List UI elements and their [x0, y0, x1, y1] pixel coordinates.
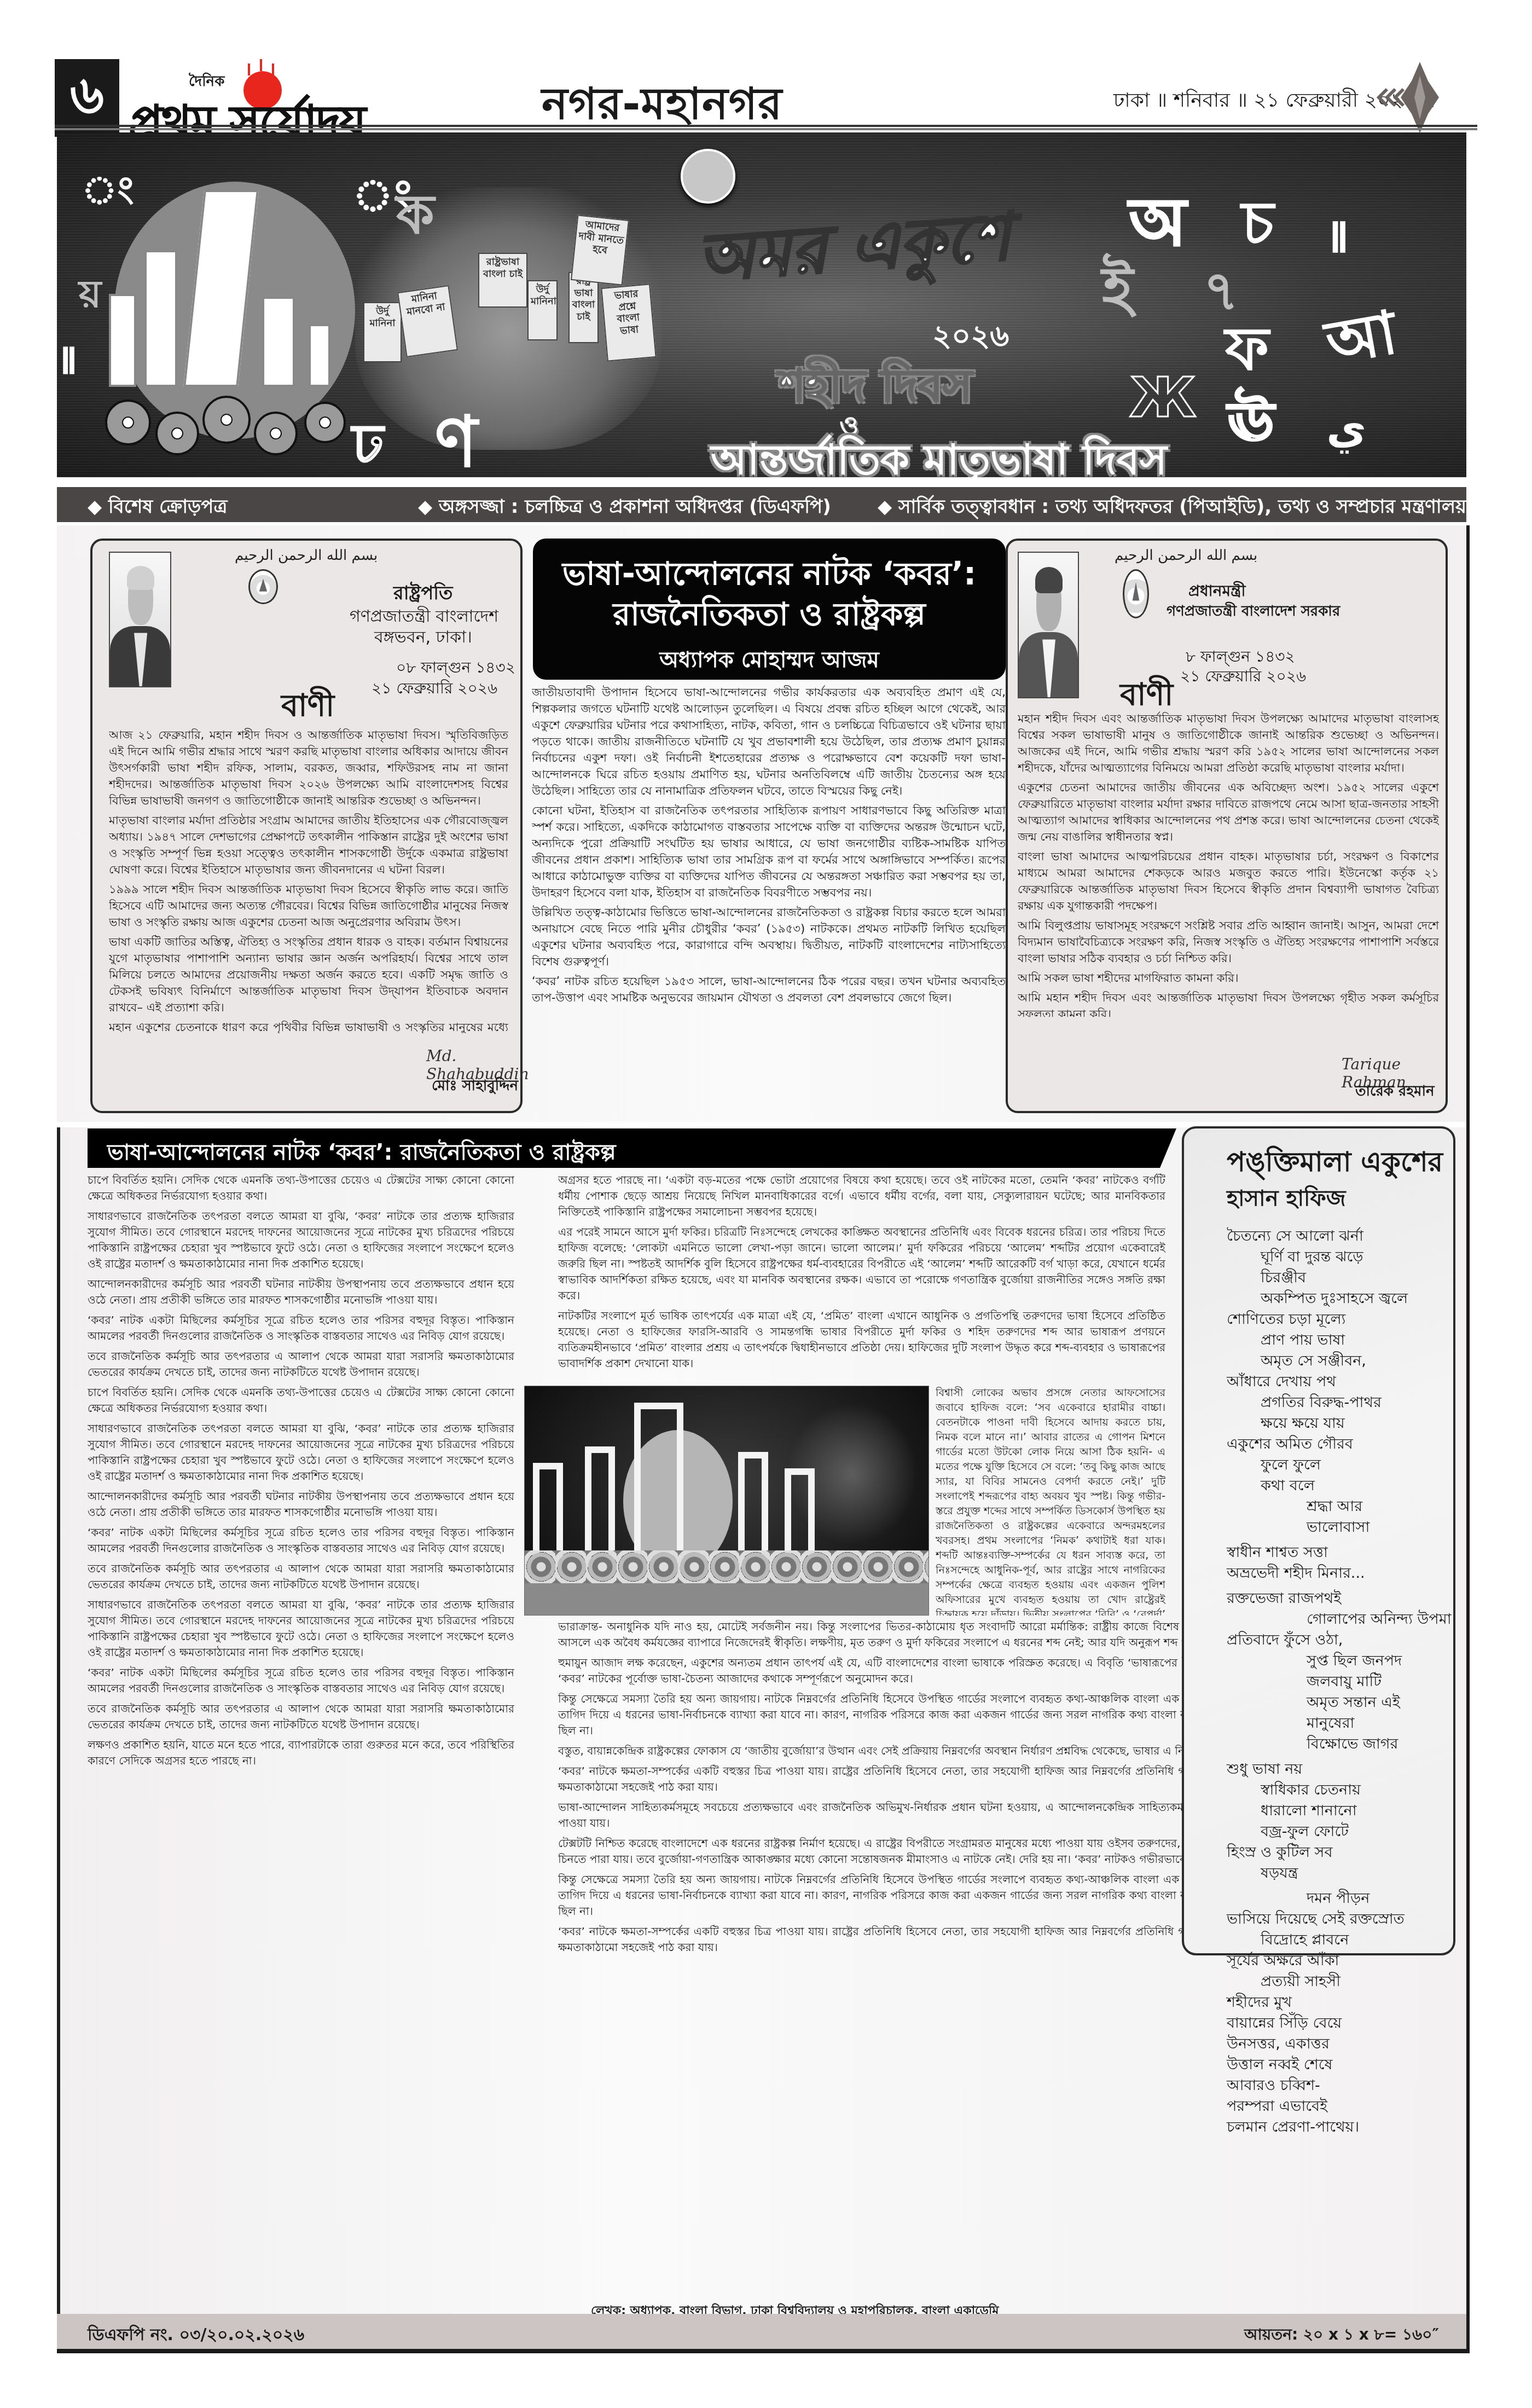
feature-intro-body: জাতীয়তাবাদী উপাদান হিসেবে ভাষা-আন্দোলনে…: [532, 684, 1006, 1116]
poem-line: ষড়যন্ত্র: [1227, 1863, 1446, 1884]
poem-line: ধারালো শানানো: [1227, 1801, 1446, 1821]
decor-glyph: ক: [396, 187, 434, 242]
poem-line: দমন পীড়ন: [1227, 1888, 1446, 1909]
poem-line: অমৃত সন্তান এই: [1227, 1692, 1446, 1713]
banner-line2: আন্তর্জাতিক মাতৃভাষা দিবস: [711, 428, 1167, 477]
pm-message-box: بسم الله الرحمن الرحيم প্রধানমন্ত্রী গণপ…: [1006, 539, 1448, 1113]
decor-glyph: ৷৷: [1332, 215, 1347, 258]
president-photo: [109, 552, 171, 687]
ekushe-banner: উর্দু মানিনা মানিনা মানবো না রাষ্ট্রভাষা…: [57, 132, 1466, 477]
poem-line: ভাসিয়ে দিয়েছে সেই রক্তস্রোত: [1227, 1909, 1446, 1930]
placard: আমাদের দাবী মানতে হবে: [571, 215, 629, 285]
decor-glyph: ণ: [434, 406, 478, 477]
poem-line: শোণিতের চড়া মূল্যে: [1227, 1309, 1446, 1330]
poem-line: গোলাপের অনিন্দ্য উপমা: [1227, 1609, 1446, 1630]
poem-line: কথা বলে: [1227, 1475, 1446, 1496]
feature-title-line2: রাজনৈতিকতা ও রাষ্ট্রকল্প: [533, 590, 1006, 643]
placard: রাষ্ট্র ভাষা বাংলা চাই: [568, 272, 599, 343]
decor-glyph: ي: [1326, 406, 1366, 450]
president-name: মোঃ সাহাবুদ্দিন: [432, 1074, 518, 1098]
message-heading: বাণী: [281, 682, 334, 733]
president-message-box: بسم الله الرحمن الرحيم রাষ্ট্রপতি গণপ্রজ…: [90, 539, 523, 1113]
poem-title: পঙ্‌ক্তিমালা একুশের: [1227, 1142, 1443, 1187]
poem-line: ফুলে ফুলে: [1227, 1455, 1446, 1475]
poem-line: আবারও চব্বিশ-: [1227, 2075, 1446, 2096]
poem-line: প্রতিবাদে ফুঁসে ওঠা,: [1227, 1630, 1446, 1651]
shaheed-minar-photo: [524, 1386, 929, 1616]
poem-line: একুশের অমিত গৌরব: [1227, 1434, 1446, 1455]
government-seal-icon: [681, 149, 735, 204]
poem-line: আঁধারে দেখায় পথ: [1227, 1371, 1446, 1392]
poem-line: সূর্যের অক্ষরে আঁকা: [1227, 1950, 1446, 1971]
feature-title-box: ভাষা-আন্দোলনের নাটক ‘কবর’: রাজনৈতিকতা ও …: [533, 539, 1006, 680]
pm-name: তারেক রহমান: [1355, 1080, 1435, 1104]
design-credit: ◆ অঙ্গসজ্জা : চলচ্চিত্র ও প্রকাশনা অধিদপ…: [418, 493, 831, 524]
poem-line: সুপ্ত ছিল জনপদ: [1227, 1651, 1446, 1671]
decor-glyph: ৭: [1203, 264, 1239, 319]
decor-glyph: ঢ: [352, 417, 384, 472]
placard: ভাষার প্রশ্নে বাংলা ভাষা: [601, 283, 656, 361]
banner-headline-script: অমর একুশে: [695, 204, 1013, 291]
footer-rule: [57, 2349, 1466, 2353]
poem-line: অমৃত সে সঞ্জীবন,: [1227, 1351, 1446, 1371]
poem-line: বিদ্রোহে প্লাবনে: [1227, 1930, 1446, 1950]
poem-line: ভালোবাসা: [1227, 1517, 1446, 1538]
article-column-left: চাপে বিবর্তিত হয়নি। সেদিক থেকে এমনকি তথ…: [88, 1172, 514, 2297]
poem-line: স্বাধিকার চেতনায়: [1227, 1780, 1446, 1801]
poem-author: হাসান হাফিজ: [1227, 1181, 1346, 1218]
poem-line: শুধু ভাষা নয়: [1227, 1759, 1446, 1780]
placard: রাষ্ট্রভাষা বাংলা চাই: [478, 253, 527, 308]
poem-line: স্বাধীন শাশ্বত সত্তা: [1227, 1542, 1446, 1563]
poem-lines: চৈতন্যে সে আলো ঝর্নাঘূর্ণি বা দুরন্ত ঝড়…: [1227, 1226, 1446, 2138]
decor-glyph: ই: [1102, 258, 1133, 319]
poem-line: বজ্র-ফুল ফোটে: [1227, 1821, 1446, 1842]
president-message-body: আজ ২১ ফেব্রুয়ারি, মহান শহীদ দিবস ও আন্ত…: [109, 727, 508, 1033]
placard: উর্দু মানিনা: [527, 280, 558, 340]
article-column-mid-top: অগ্রসর হতে পারছে না। ‘একটা বড়-মতের পক্ষ…: [558, 1172, 1165, 1380]
banner-line1: শহীদ দিবস: [779, 351, 972, 426]
president-emblem-icon: [248, 569, 278, 604]
date-gregorian: ২১ ফেব্রুয়ারি ২০২৬: [1180, 664, 1306, 690]
bismillah-text: بسم الله الرحمن الرحيم: [235, 547, 378, 564]
decor-glyph: চ: [1241, 193, 1274, 253]
decor-glyph: আ: [1321, 302, 1401, 374]
decor-glyph: ঊ: [1228, 395, 1274, 450]
poem-line: প্রত্যয়ী সাহসী: [1227, 1971, 1446, 1992]
office-line: বঙ্গভবন, ঢাকা।: [374, 624, 472, 652]
poem-line: বায়ান্নের সিঁড়ি বেয়ে: [1227, 2013, 1446, 2034]
poem-line: অকম্পিত দুঃসাহসে জ্বলে: [1227, 1288, 1446, 1309]
poem-line: চিরঞ্জীব: [1227, 1267, 1446, 1288]
star-emblem-icon: [1373, 59, 1447, 136]
poem-line: রক্তভেজা রাজপথই: [1227, 1588, 1446, 1609]
supplement-label: ◆ বিশেষ ক্রোড়পত্র: [88, 493, 227, 524]
decor-glyph: অ: [1129, 190, 1186, 256]
poem-line: পরম্পরা এভাবেই: [1227, 2096, 1446, 2117]
poem-line: উনসত্তর, একাত্তর: [1227, 2034, 1446, 2054]
poem-line: অভ্রভেদী শহীদ মিনার...: [1227, 1563, 1446, 1584]
poem-line: শ্রদ্ধা আর: [1227, 1496, 1446, 1517]
decor-glyph: ং: [82, 171, 134, 209]
supplement-info-bar: ◆ বিশেষ ক্রোড়পত্র ◆ অঙ্গসজ্জা : চলচ্চিত…: [57, 487, 1466, 522]
poem-line: মানুষেরা: [1227, 1713, 1446, 1734]
flowers-illustration: [90, 390, 374, 472]
feature-author: অধ্যাপক মোহাম্মদ আজম: [533, 642, 1006, 679]
decor-glyph: ৷৷: [62, 340, 76, 379]
poem-line: হিংস্র ও কুটিল সব: [1227, 1842, 1446, 1863]
poem-line: প্রাণ পায় ভাষা: [1227, 1330, 1446, 1351]
floral-wreaths: [525, 1550, 929, 1583]
poem-line: বিক্ষোভে জাগর: [1227, 1734, 1446, 1755]
placard: মানিনা মানবো না: [397, 285, 458, 357]
pm-emblem-icon: [1123, 569, 1149, 618]
decor-glyph: য়: [79, 275, 101, 313]
masthead-rule: [55, 125, 1477, 130]
decor-glyph: ফ: [1225, 319, 1269, 379]
office-line: গণপ্রজাতন্ত্রী বাংলাদেশ সরকার: [1167, 600, 1340, 624]
poem-line: উত্তাল নব্বই শেষে: [1227, 2054, 1446, 2075]
article-column-mid-right: বিশ্বাসী লোকের অভাব প্রসঙ্গে নেতার আফসোস…: [936, 1386, 1165, 1616]
poem-line: চলমান প্রেরণা-পাথেয়।: [1227, 2117, 1446, 2138]
supervision-credit: ◆ সার্বিক তত্ত্বাবধান : তথ্য অধিদফতর (পি…: [878, 493, 1466, 524]
pm-message-body: মহান শহীদ দিবস এবং আন্তর্জাতিক মাতৃভাষা …: [1018, 710, 1439, 1017]
dfp-number: ডিএফপি নং. ০৩/২০.০২.২০২৬: [88, 2322, 304, 2349]
ad-size: আয়তন: ২০ x ১ x ৮= ১৬০″: [1244, 2323, 1439, 2348]
bismillah-text: بسم الله الرحمن الرحيم: [1115, 547, 1257, 564]
article-banner-title: ভাষা-আন্দোলনের নাটক ‘কবর’: রাজনৈতিকতা ও …: [88, 1128, 1160, 1168]
decor-glyph: Ж: [1129, 371, 1196, 425]
poem-line: চৈতন্যে সে আলো ঝর্না: [1227, 1226, 1446, 1247]
placard: উর্দু মানিনা: [363, 302, 402, 362]
poem-line: প্রগতির বিরুদ্ধ-পাথর: [1227, 1392, 1446, 1413]
poem-line: ঘূর্ণি বা দুরন্ত ঝড়ে: [1227, 1247, 1446, 1267]
poem-line: শহীদের মুখ: [1227, 1992, 1446, 2013]
page-right-border: [1466, 525, 1470, 2353]
date-gregorian: ২১ ফেব্রুয়ারি ২০২৬: [372, 676, 497, 702]
pm-photo: [1018, 552, 1079, 698]
poem-line: ক্ষয়ে ক্ষয়ে যায়: [1227, 1413, 1446, 1434]
poem-line: জলবায়ু মাটি: [1227, 1671, 1446, 1692]
